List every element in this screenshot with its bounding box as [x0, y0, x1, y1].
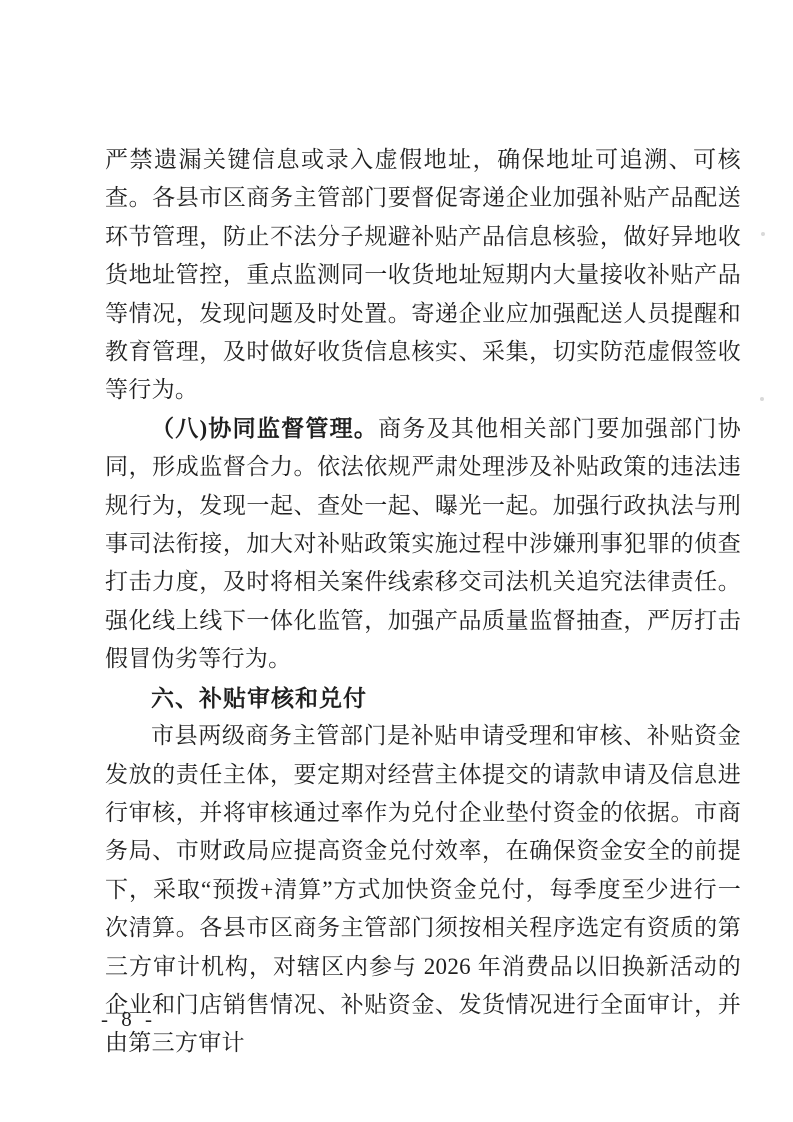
scan-artifact — [760, 397, 764, 401]
paragraph-item8-lead: （八)协同监督管理。 — [151, 416, 378, 441]
section-heading-subsidy-review: 六、补贴审核和兑付 — [105, 679, 741, 717]
document-page: 严禁遗漏关键信息或录入虚假地址，确保地址可追溯、可核查。各县市区商务主管部门要督… — [0, 0, 793, 1122]
paragraph-item8-text: 商务及其他相关部门要加强部门协同，形成监督合力。依法依规严肃处理涉及补贴政策的违… — [105, 416, 741, 671]
scan-artifact — [761, 232, 765, 236]
paragraph-delivery-management: 严禁遗漏关键信息或录入虚假地址，确保地址可追溯、可核查。各县市区商务主管部门要督… — [105, 141, 741, 410]
page-number: - 8 - — [101, 1005, 156, 1033]
paragraph-coordinated-supervision: （八)协同监督管理。商务及其他相关部门要加强部门协同，形成监督合力。依法依规严肃… — [105, 410, 741, 679]
paragraph-subsidy-review: 市县两级商务主管部门是补贴申请受理和审核、补贴资金发放的责任主体，要定期对经营主… — [105, 717, 741, 1063]
page-content: 严禁遗漏关键信息或录入虚假地址，确保地址可追溯、可核查。各县市区商务主管部门要督… — [105, 141, 741, 1063]
